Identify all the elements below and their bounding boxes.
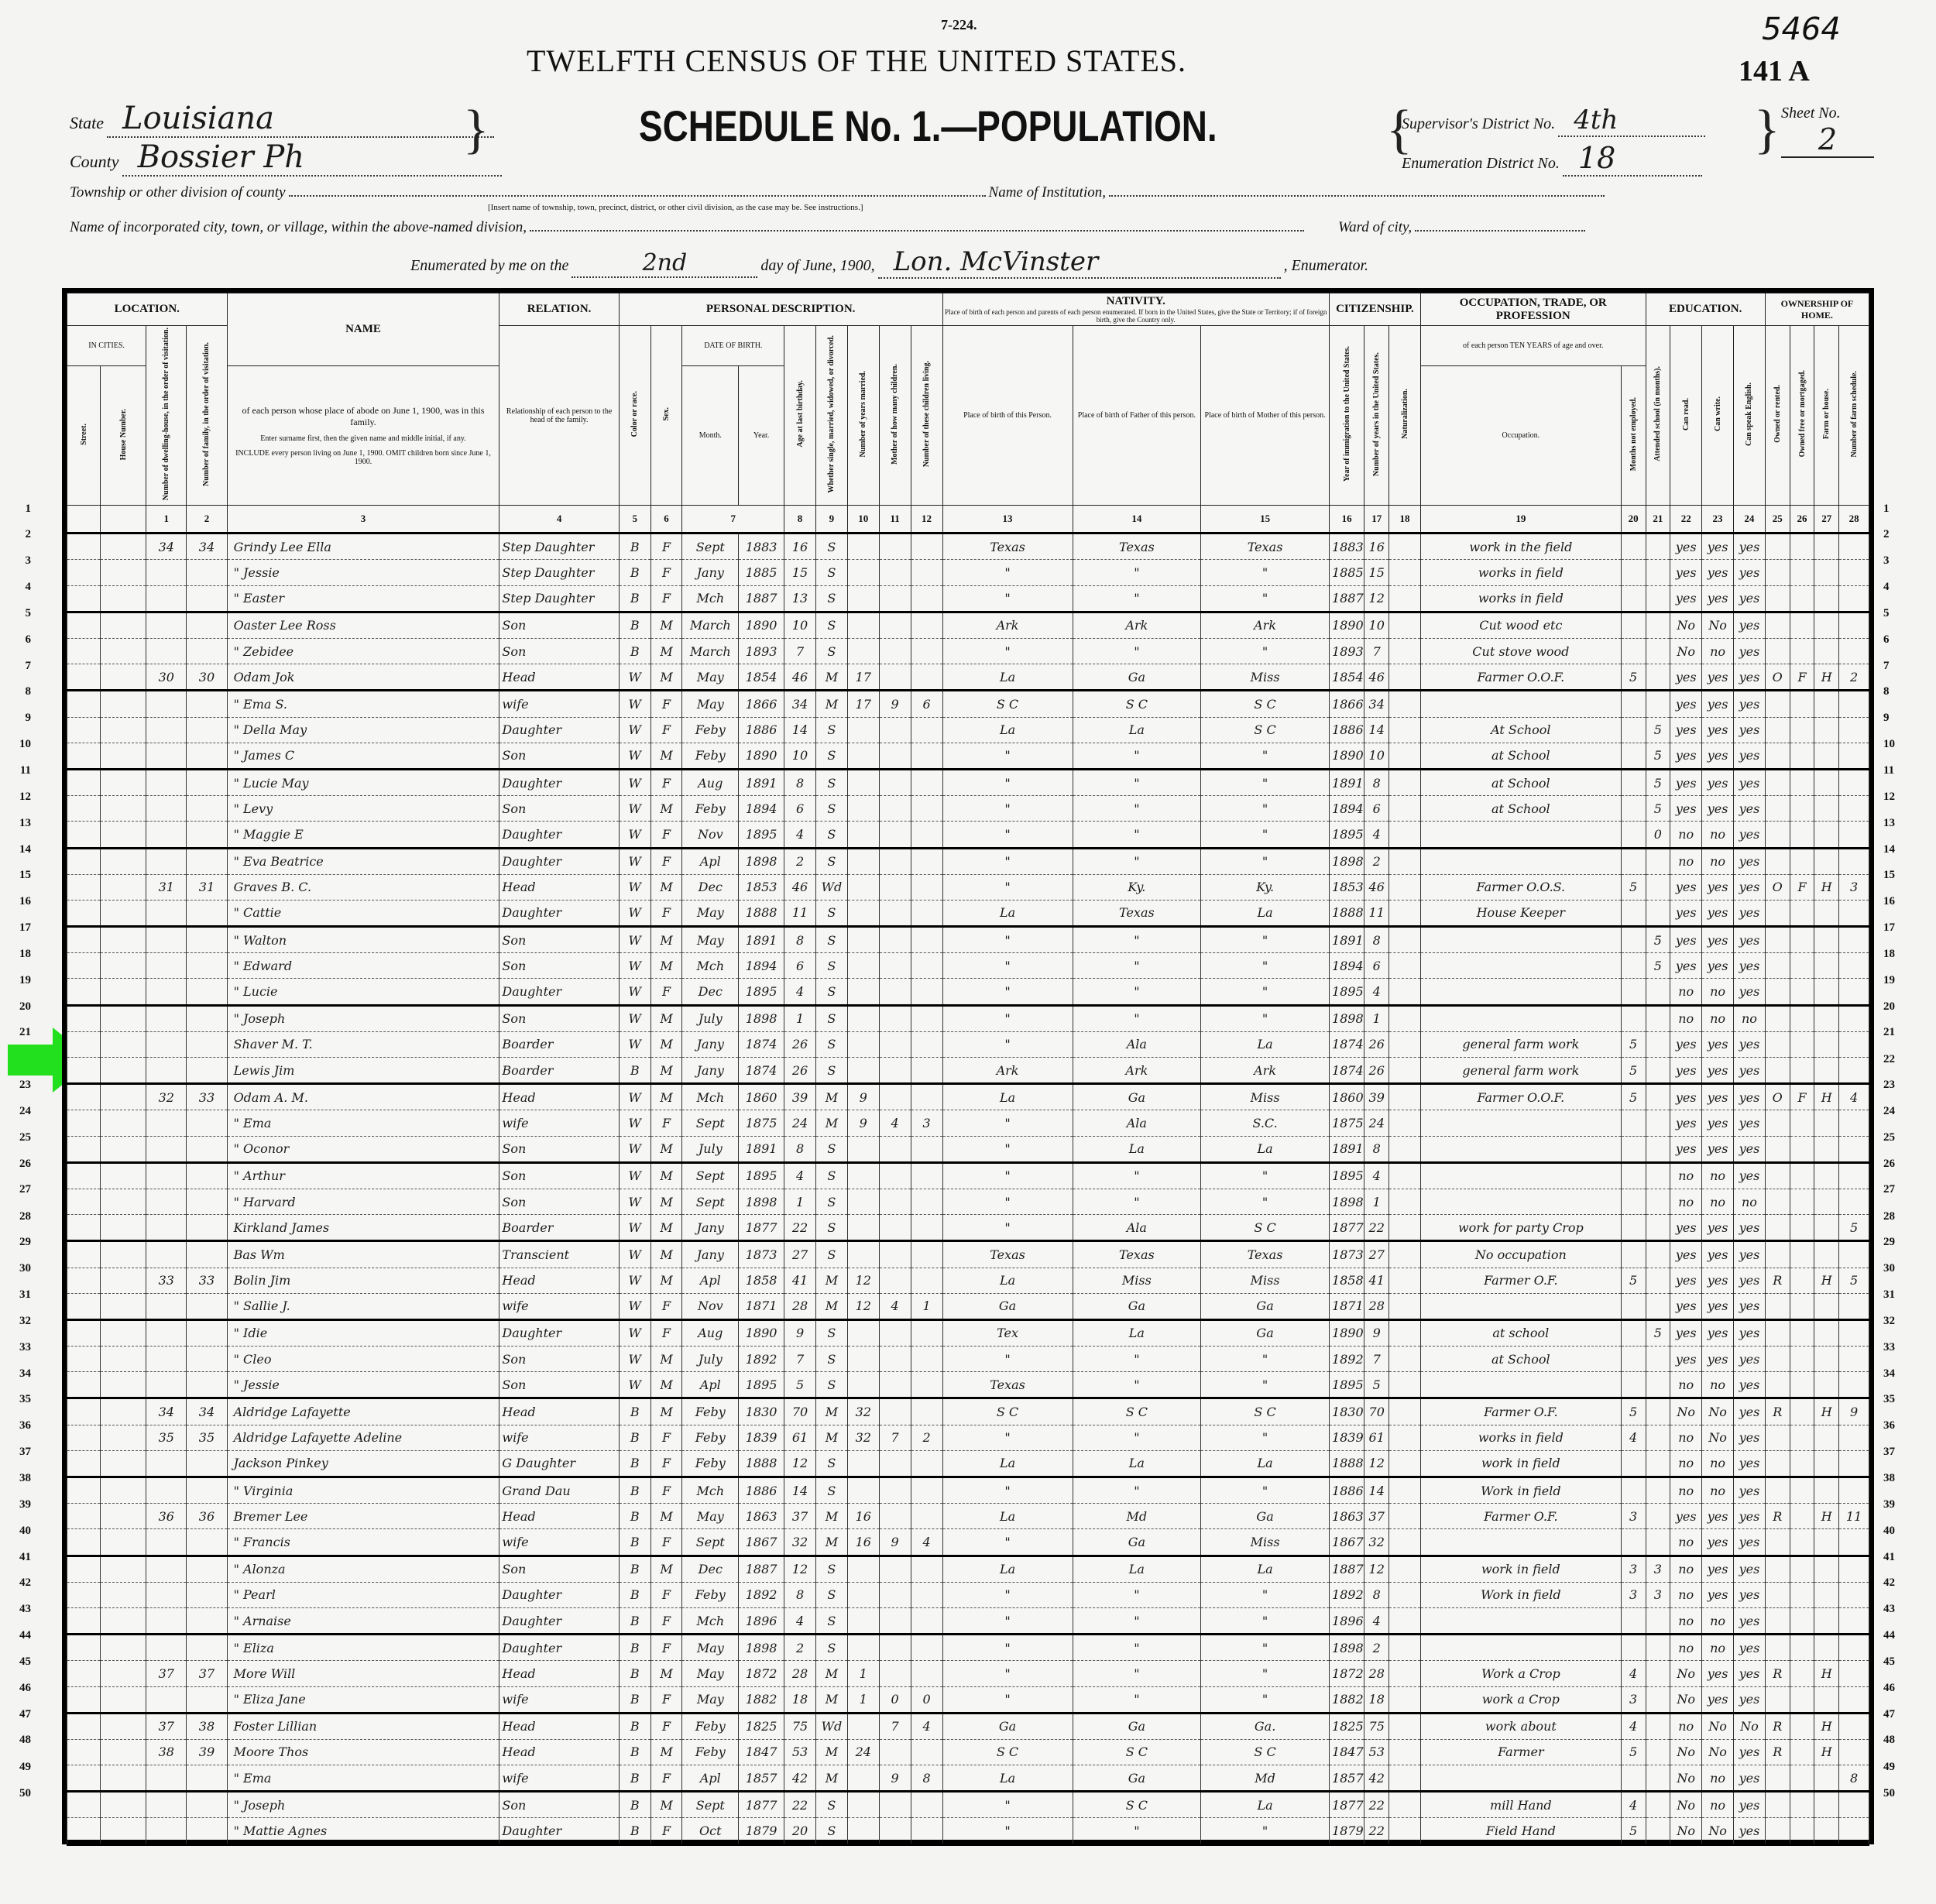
cell-sex: F [650, 769, 682, 795]
line-number: 45 [1883, 1655, 1914, 1669]
cell-immigration-year: 1888 [1329, 1450, 1364, 1477]
cell-person-name: " Lucie May [227, 769, 499, 795]
cell-relation: G Daughter [499, 1450, 619, 1477]
header-family-label: Number of family, in the order of visita… [202, 342, 211, 486]
cell-years-in-us: 28 [1364, 1293, 1389, 1319]
cell-farm-schedule [1839, 1189, 1869, 1214]
cell-months-unemployed [1621, 560, 1646, 585]
cell-dwelling-number [146, 743, 187, 769]
cell-dwelling-number [146, 1477, 187, 1504]
cell-relation: Daughter [499, 1818, 619, 1844]
cell-sex: F [650, 1450, 682, 1477]
cell-marital-status: M [815, 664, 847, 691]
cell-free-mortgaged [1790, 1635, 1814, 1661]
cell-immigration-year: 1882 [1329, 1686, 1364, 1713]
cell-birth-month: Dec [682, 979, 739, 1005]
header-speak-english: Can speak English. [1733, 326, 1765, 506]
cell-mother-of-children [879, 717, 911, 743]
cell-speaks-english: no [1733, 1189, 1765, 1214]
cell-person-name: " Ema S. [227, 691, 499, 717]
cell-owned-rented [1765, 1582, 1790, 1607]
cell-farm-schedule [1839, 927, 1869, 953]
cell-empty [101, 1084, 146, 1110]
cell-owned-rented [1765, 1425, 1790, 1450]
cell-empty [101, 796, 146, 822]
cell-children-living [911, 1372, 942, 1398]
cell-empty [101, 1372, 146, 1398]
cell-naturalization [1389, 822, 1421, 848]
cell-farm-house [1814, 612, 1839, 638]
cell-birthplace-person: S C [942, 1739, 1073, 1765]
cell-person-name: Bas Wm [227, 1241, 499, 1268]
cell-relation: Son [499, 1136, 619, 1162]
cell-dwelling-number [146, 585, 187, 612]
cell-sex: F [650, 560, 682, 585]
cell-mother-of-children [879, 1189, 911, 1214]
cell-owned-rented: R [1765, 1268, 1790, 1293]
cell-naturalization [1389, 1425, 1421, 1450]
cell-years-married [847, 1162, 879, 1189]
cell-years-married [847, 1477, 879, 1504]
cell-months-unemployed [1621, 1450, 1646, 1477]
cell-speaks-english: yes [1733, 1607, 1765, 1634]
cell-years-in-us: 11 [1364, 900, 1389, 926]
cell-naturalization [1389, 1215, 1421, 1241]
cell-attended-school [1646, 1765, 1670, 1792]
cell-empty [67, 1005, 101, 1031]
cell-years-in-us: 4 [1364, 1607, 1389, 1634]
cell-family-number: 36 [187, 1504, 227, 1529]
cell-occupation: Cut wood etc [1420, 612, 1621, 638]
cell-dwelling-number: 30 [146, 664, 187, 691]
cell-dwelling-number [146, 1005, 187, 1031]
cell-years-in-us: 16 [1364, 533, 1389, 560]
cell-empty [101, 533, 146, 560]
cell-children-living: 8 [911, 1765, 942, 1792]
cell-farm-house [1814, 1110, 1839, 1136]
cell-mother-of-children [879, 1398, 911, 1425]
cell-birth-year: 1860 [739, 1084, 784, 1110]
cell-months-unemployed [1621, 691, 1646, 717]
cell-occupation: Farmer O.O.S. [1420, 874, 1621, 900]
cell-mother-of-children [879, 1556, 911, 1582]
column-number: 15 [1201, 506, 1330, 533]
cell-occupation [1420, 1607, 1621, 1634]
cell-relation: Head [499, 1661, 619, 1686]
cell-children-living [911, 1215, 942, 1241]
cell-months-unemployed [1621, 1529, 1646, 1556]
cell-naturalization [1389, 1477, 1421, 1504]
line-number: 19 [0, 974, 31, 987]
cell-children-living: 4 [911, 1713, 942, 1739]
cell-naturalization [1389, 612, 1421, 638]
cell-birthplace-father: Miss [1073, 1268, 1201, 1293]
cell-dwelling-number: 37 [146, 1661, 187, 1686]
line-number: 33 [1883, 1341, 1914, 1354]
cell-free-mortgaged [1790, 769, 1814, 795]
cell-relation: wife [499, 1110, 619, 1136]
line-number: 16 [1883, 895, 1914, 908]
cell-naturalization [1389, 743, 1421, 769]
cell-sex: F [650, 1319, 682, 1346]
cell-immigration-year: 1888 [1329, 900, 1364, 926]
cell-dwelling-number [146, 1765, 187, 1792]
line-number: 11 [1883, 764, 1914, 777]
cell-empty [101, 1319, 146, 1346]
cell-person-name: " Joseph [227, 1005, 499, 1031]
cell-dwelling-number [146, 1293, 187, 1319]
cell-family-number [187, 848, 227, 874]
cell-occupation: Field Hand [1420, 1818, 1621, 1844]
cell-mother-of-children [879, 1372, 911, 1398]
cell-speaks-english: yes [1733, 953, 1765, 979]
cell-birth-month: Feby [682, 1425, 739, 1450]
cell-farm-schedule [1839, 848, 1869, 874]
cell-immigration-year: 1857 [1329, 1765, 1364, 1792]
cell-free-mortgaged [1790, 1556, 1814, 1582]
cell-speaks-english: yes [1733, 691, 1765, 717]
cell-mother-of-children [879, 1739, 911, 1765]
cell-free-mortgaged [1790, 1607, 1814, 1634]
cell-years-in-us: 4 [1364, 822, 1389, 848]
cell-naturalization [1389, 769, 1421, 795]
cell-years-married: 1 [847, 1686, 879, 1713]
cell-immigration-year: 1883 [1329, 533, 1364, 560]
cell-farm-schedule [1839, 1635, 1869, 1661]
cell-birthplace-person: " [942, 927, 1073, 953]
cell-attended-school: 0 [1646, 822, 1670, 848]
cell-free-mortgaged [1790, 612, 1814, 638]
cell-farm-house [1814, 1607, 1839, 1634]
cell-mother-of-children: 4 [879, 1110, 911, 1136]
cell-years-in-us: 5 [1364, 1372, 1389, 1398]
cell-marital-status: S [815, 1477, 847, 1504]
cell-birth-year: 1853 [739, 874, 784, 900]
cell-attended-school [1646, 848, 1670, 874]
cell-empty [101, 1792, 146, 1818]
census-row: " ArnaiseDaughterBFMch18964S"""18964nono… [67, 1607, 1869, 1634]
cell-owned-rented [1765, 1110, 1790, 1136]
cell-birth-month: Nov [682, 1293, 739, 1319]
cell-empty [101, 664, 146, 691]
cell-children-living [911, 1818, 942, 1844]
cell-years-in-us: 4 [1364, 979, 1389, 1005]
line-number: 42 [1883, 1576, 1914, 1590]
cell-years-in-us: 7 [1364, 1347, 1389, 1372]
cell-farm-house [1814, 1425, 1839, 1450]
cell-owned-rented [1765, 1477, 1790, 1504]
cell-months-unemployed: 4 [1621, 1661, 1646, 1686]
cell-marital-status: M [815, 1504, 847, 1529]
cell-attended-school: 3 [1646, 1556, 1670, 1582]
header-nativity: NATIVITY.Place of birth of each person a… [942, 293, 1329, 326]
cell-marital-status: S [815, 1450, 847, 1477]
cell-occupation: mill Hand [1420, 1792, 1621, 1818]
cell-color-race: B [619, 1635, 650, 1661]
cell-birthplace-father: " [1073, 1372, 1201, 1398]
header-personal-description: PERSONAL DESCRIPTION. [619, 293, 942, 326]
cell-mother-of-children [879, 1661, 911, 1686]
cell-farm-house: H [1814, 1398, 1839, 1425]
cell-farm-schedule [1839, 1110, 1869, 1136]
line-number: 27 [0, 1183, 31, 1196]
cell-years-married [847, 1058, 879, 1084]
supervisor-field: Supervisor's District No. 4th [1402, 105, 1705, 137]
cell-children-living [911, 1031, 942, 1057]
cell-speaks-english: yes [1733, 1765, 1765, 1792]
cell-months-unemployed [1621, 848, 1646, 874]
cell-farm-schedule [1839, 1241, 1869, 1268]
cell-farm-schedule: 5 [1839, 1215, 1869, 1241]
census-row: " JosephSonBMSept187722S"S CLa187722mill… [67, 1792, 1869, 1818]
cell-birthplace-father: Ala [1073, 1031, 1201, 1057]
cell-sex: M [650, 874, 682, 900]
cell-birthplace-father: " [1073, 1582, 1201, 1607]
cell-birthplace-mother: " [1201, 1818, 1330, 1844]
cell-empty [101, 1582, 146, 1607]
cell-can-write: yes [1702, 1031, 1734, 1057]
line-number: 12 [1883, 791, 1914, 804]
cell-birthplace-father: Ga [1073, 1765, 1201, 1792]
cell-years-married: 12 [847, 1268, 879, 1293]
cell-free-mortgaged [1790, 533, 1814, 560]
cell-years-in-us: 42 [1364, 1765, 1389, 1792]
cell-can-write: yes [1702, 953, 1734, 979]
cell-can-read: No [1670, 612, 1702, 638]
cell-can-read: yes [1670, 533, 1702, 560]
cell-free-mortgaged [1790, 1765, 1814, 1792]
cell-dwelling-number [146, 717, 187, 743]
cell-children-living [911, 848, 942, 874]
cell-family-number [187, 927, 227, 953]
cell-owned-rented [1765, 1189, 1790, 1214]
cell-farm-house [1814, 1347, 1839, 1372]
cell-farm-house: H [1814, 874, 1839, 900]
cell-sex: F [650, 848, 682, 874]
header-location: LOCATION. [67, 293, 228, 326]
cell-speaks-english: yes [1733, 1582, 1765, 1607]
cell-farm-house: H [1814, 1739, 1839, 1765]
header-relation-desc: Relationship of each person to the head … [499, 326, 619, 506]
cell-free-mortgaged [1790, 1372, 1814, 1398]
cell-birthplace-person: " [942, 1529, 1073, 1556]
cell-free-mortgaged [1790, 1110, 1814, 1136]
cell-months-unemployed: 4 [1621, 1713, 1646, 1739]
cell-dwelling-number [146, 796, 187, 822]
cell-color-race: W [619, 822, 650, 848]
header-date-of-birth: DATE OF BIRTH. [682, 326, 784, 366]
cell-can-read: no [1670, 1425, 1702, 1450]
cell-birthplace-father: La [1073, 1556, 1201, 1582]
township-label: Township or other division of county [70, 184, 286, 201]
cell-age: 39 [784, 1084, 816, 1110]
cell-can-read: yes [1670, 691, 1702, 717]
cell-months-unemployed [1621, 585, 1646, 612]
cell-person-name: " Pearl [227, 1582, 499, 1607]
cell-age: 14 [784, 717, 816, 743]
cell-age: 8 [784, 1582, 816, 1607]
cell-mother-of-children [879, 639, 911, 664]
cell-age: 11 [784, 900, 816, 926]
cell-relation: Head [499, 1268, 619, 1293]
line-number: 38 [0, 1472, 31, 1485]
cell-occupation: Farmer O.F. [1420, 1398, 1621, 1425]
cell-occupation: Farmer O.O.F. [1420, 664, 1621, 691]
cell-birth-month: May [682, 900, 739, 926]
cell-speaks-english: yes [1733, 1162, 1765, 1189]
cell-farm-house [1814, 560, 1839, 585]
cell-years-in-us: 37 [1364, 1504, 1389, 1529]
cell-occupation: work a Crop [1420, 1686, 1621, 1713]
header-occupation-col: Occupation. [1420, 366, 1621, 506]
cell-relation: Head [499, 1398, 619, 1425]
cell-empty [101, 927, 146, 953]
cell-birthplace-person: " [942, 848, 1073, 874]
cell-months-unemployed [1621, 743, 1646, 769]
cell-birth-month: Mch [682, 1084, 739, 1110]
cell-farm-house [1814, 1818, 1839, 1844]
township-value [289, 195, 986, 197]
cell-mother-of-children [879, 927, 911, 953]
cell-free-mortgaged [1790, 1031, 1814, 1057]
cell-birth-month: May [682, 664, 739, 691]
cell-can-read: yes [1670, 1347, 1702, 1372]
cell-empty [101, 1136, 146, 1162]
line-number: 44 [1883, 1629, 1914, 1642]
cell-marital-status: S [815, 1162, 847, 1189]
cell-can-read: No [1670, 1792, 1702, 1818]
cell-farm-house [1814, 533, 1839, 560]
cell-immigration-year: 1872 [1329, 1661, 1364, 1686]
cell-relation: Daughter [499, 769, 619, 795]
cell-years-married [847, 585, 879, 612]
header-speak-english-label: Can speak English. [1745, 383, 1753, 446]
cell-free-mortgaged [1790, 927, 1814, 953]
cell-birth-month: May [682, 927, 739, 953]
cell-empty [67, 1189, 101, 1214]
cell-farm-schedule: 2 [1839, 664, 1869, 691]
cell-mother-of-children [879, 1241, 911, 1268]
cell-sex: F [650, 1477, 682, 1504]
cell-can-write: yes [1702, 927, 1734, 953]
line-number: 39 [1883, 1498, 1914, 1511]
cell-attended-school [1646, 1607, 1670, 1634]
cell-birthplace-mother: Miss [1201, 664, 1330, 691]
sheet-value: 2 [1781, 122, 1874, 158]
cell-immigration-year: 1874 [1329, 1058, 1364, 1084]
line-number: 30 [0, 1262, 31, 1275]
cell-sex: F [650, 1529, 682, 1556]
cell-relation: Transcient [499, 1241, 619, 1268]
cell-empty [101, 560, 146, 585]
cell-mother-of-children [879, 1268, 911, 1293]
cell-can-read: yes [1670, 1268, 1702, 1293]
cell-naturalization [1389, 1398, 1421, 1425]
cell-birthplace-mother: " [1201, 1347, 1330, 1372]
cell-age: 8 [784, 927, 816, 953]
cell-empty [101, 1713, 146, 1739]
cell-months-unemployed: 3 [1621, 1504, 1646, 1529]
cell-occupation: work in field [1420, 1450, 1621, 1477]
cell-birthplace-person: " [942, 743, 1073, 769]
cell-empty [67, 1556, 101, 1582]
census-row: " EmawifeBFApl185742M98LaGaMd185742Nonoy… [67, 1765, 1869, 1792]
cell-marital-status: M [815, 1739, 847, 1765]
cell-marital-status: S [815, 1347, 847, 1372]
cell-owned-rented [1765, 1450, 1790, 1477]
cell-occupation [1420, 1189, 1621, 1214]
cell-family-number [187, 691, 227, 717]
cell-age: 9 [784, 1319, 816, 1346]
cell-occupation [1420, 1162, 1621, 1189]
cell-attended-school: 5 [1646, 796, 1670, 822]
header-marital: Whether single, married, widowed, or div… [815, 326, 847, 506]
cell-dwelling-number [146, 1347, 187, 1372]
cell-empty [67, 1713, 101, 1739]
cell-relation: Son [499, 612, 619, 638]
cell-birth-year: 1895 [739, 1162, 784, 1189]
cell-speaks-english: yes [1733, 1686, 1765, 1713]
cell-empty [67, 874, 101, 900]
cell-color-race: B [619, 1765, 650, 1792]
cell-birth-month: Feby [682, 1398, 739, 1425]
line-number: 6 [1883, 633, 1914, 647]
cell-age: 16 [784, 533, 816, 560]
line-number: 31 [1883, 1288, 1914, 1302]
cell-family-number [187, 1241, 227, 1268]
cell-birthplace-person: Ark [942, 1058, 1073, 1084]
cell-empty [67, 1058, 101, 1084]
cell-owned-rented [1765, 1792, 1790, 1818]
cell-years-married [847, 1372, 879, 1398]
cell-birth-month: May [682, 1635, 739, 1661]
cell-person-name: " Arthur [227, 1162, 499, 1189]
line-number: 35 [0, 1393, 31, 1406]
line-number: 18 [1883, 948, 1914, 961]
cell-color-race: W [619, 1162, 650, 1189]
cell-attended-school: 5 [1646, 953, 1670, 979]
cell-empty [67, 1635, 101, 1661]
cell-birth-year: 1894 [739, 953, 784, 979]
cell-immigration-year: 1886 [1329, 717, 1364, 743]
cell-person-name: " Maggie E [227, 822, 499, 848]
cell-age: 24 [784, 1110, 816, 1136]
cell-person-name: " Arnaise [227, 1607, 499, 1634]
cell-children-living [911, 639, 942, 664]
cell-years-married [847, 1582, 879, 1607]
line-number: 29 [1883, 1236, 1914, 1249]
cell-family-number [187, 1293, 227, 1319]
cell-birthplace-mother: La [1201, 900, 1330, 926]
cell-empty [101, 1425, 146, 1450]
line-number: 39 [0, 1498, 31, 1511]
cell-empty [67, 900, 101, 926]
cell-years-in-us: 2 [1364, 1635, 1389, 1661]
cell-sex: M [650, 1189, 682, 1214]
cell-age: 7 [784, 639, 816, 664]
cell-mother-of-children [879, 664, 911, 691]
cell-farm-house [1814, 1765, 1839, 1792]
cell-owned-rented [1765, 1215, 1790, 1241]
cell-mother-of-children [879, 1031, 911, 1057]
cell-owned-rented [1765, 769, 1790, 795]
cell-mother-of-children [879, 1162, 911, 1189]
cell-birthplace-mother: " [1201, 1607, 1330, 1634]
cell-farm-house: H [1814, 1661, 1839, 1686]
cell-empty [67, 769, 101, 795]
cell-occupation [1420, 822, 1621, 848]
cell-empty [67, 664, 101, 691]
